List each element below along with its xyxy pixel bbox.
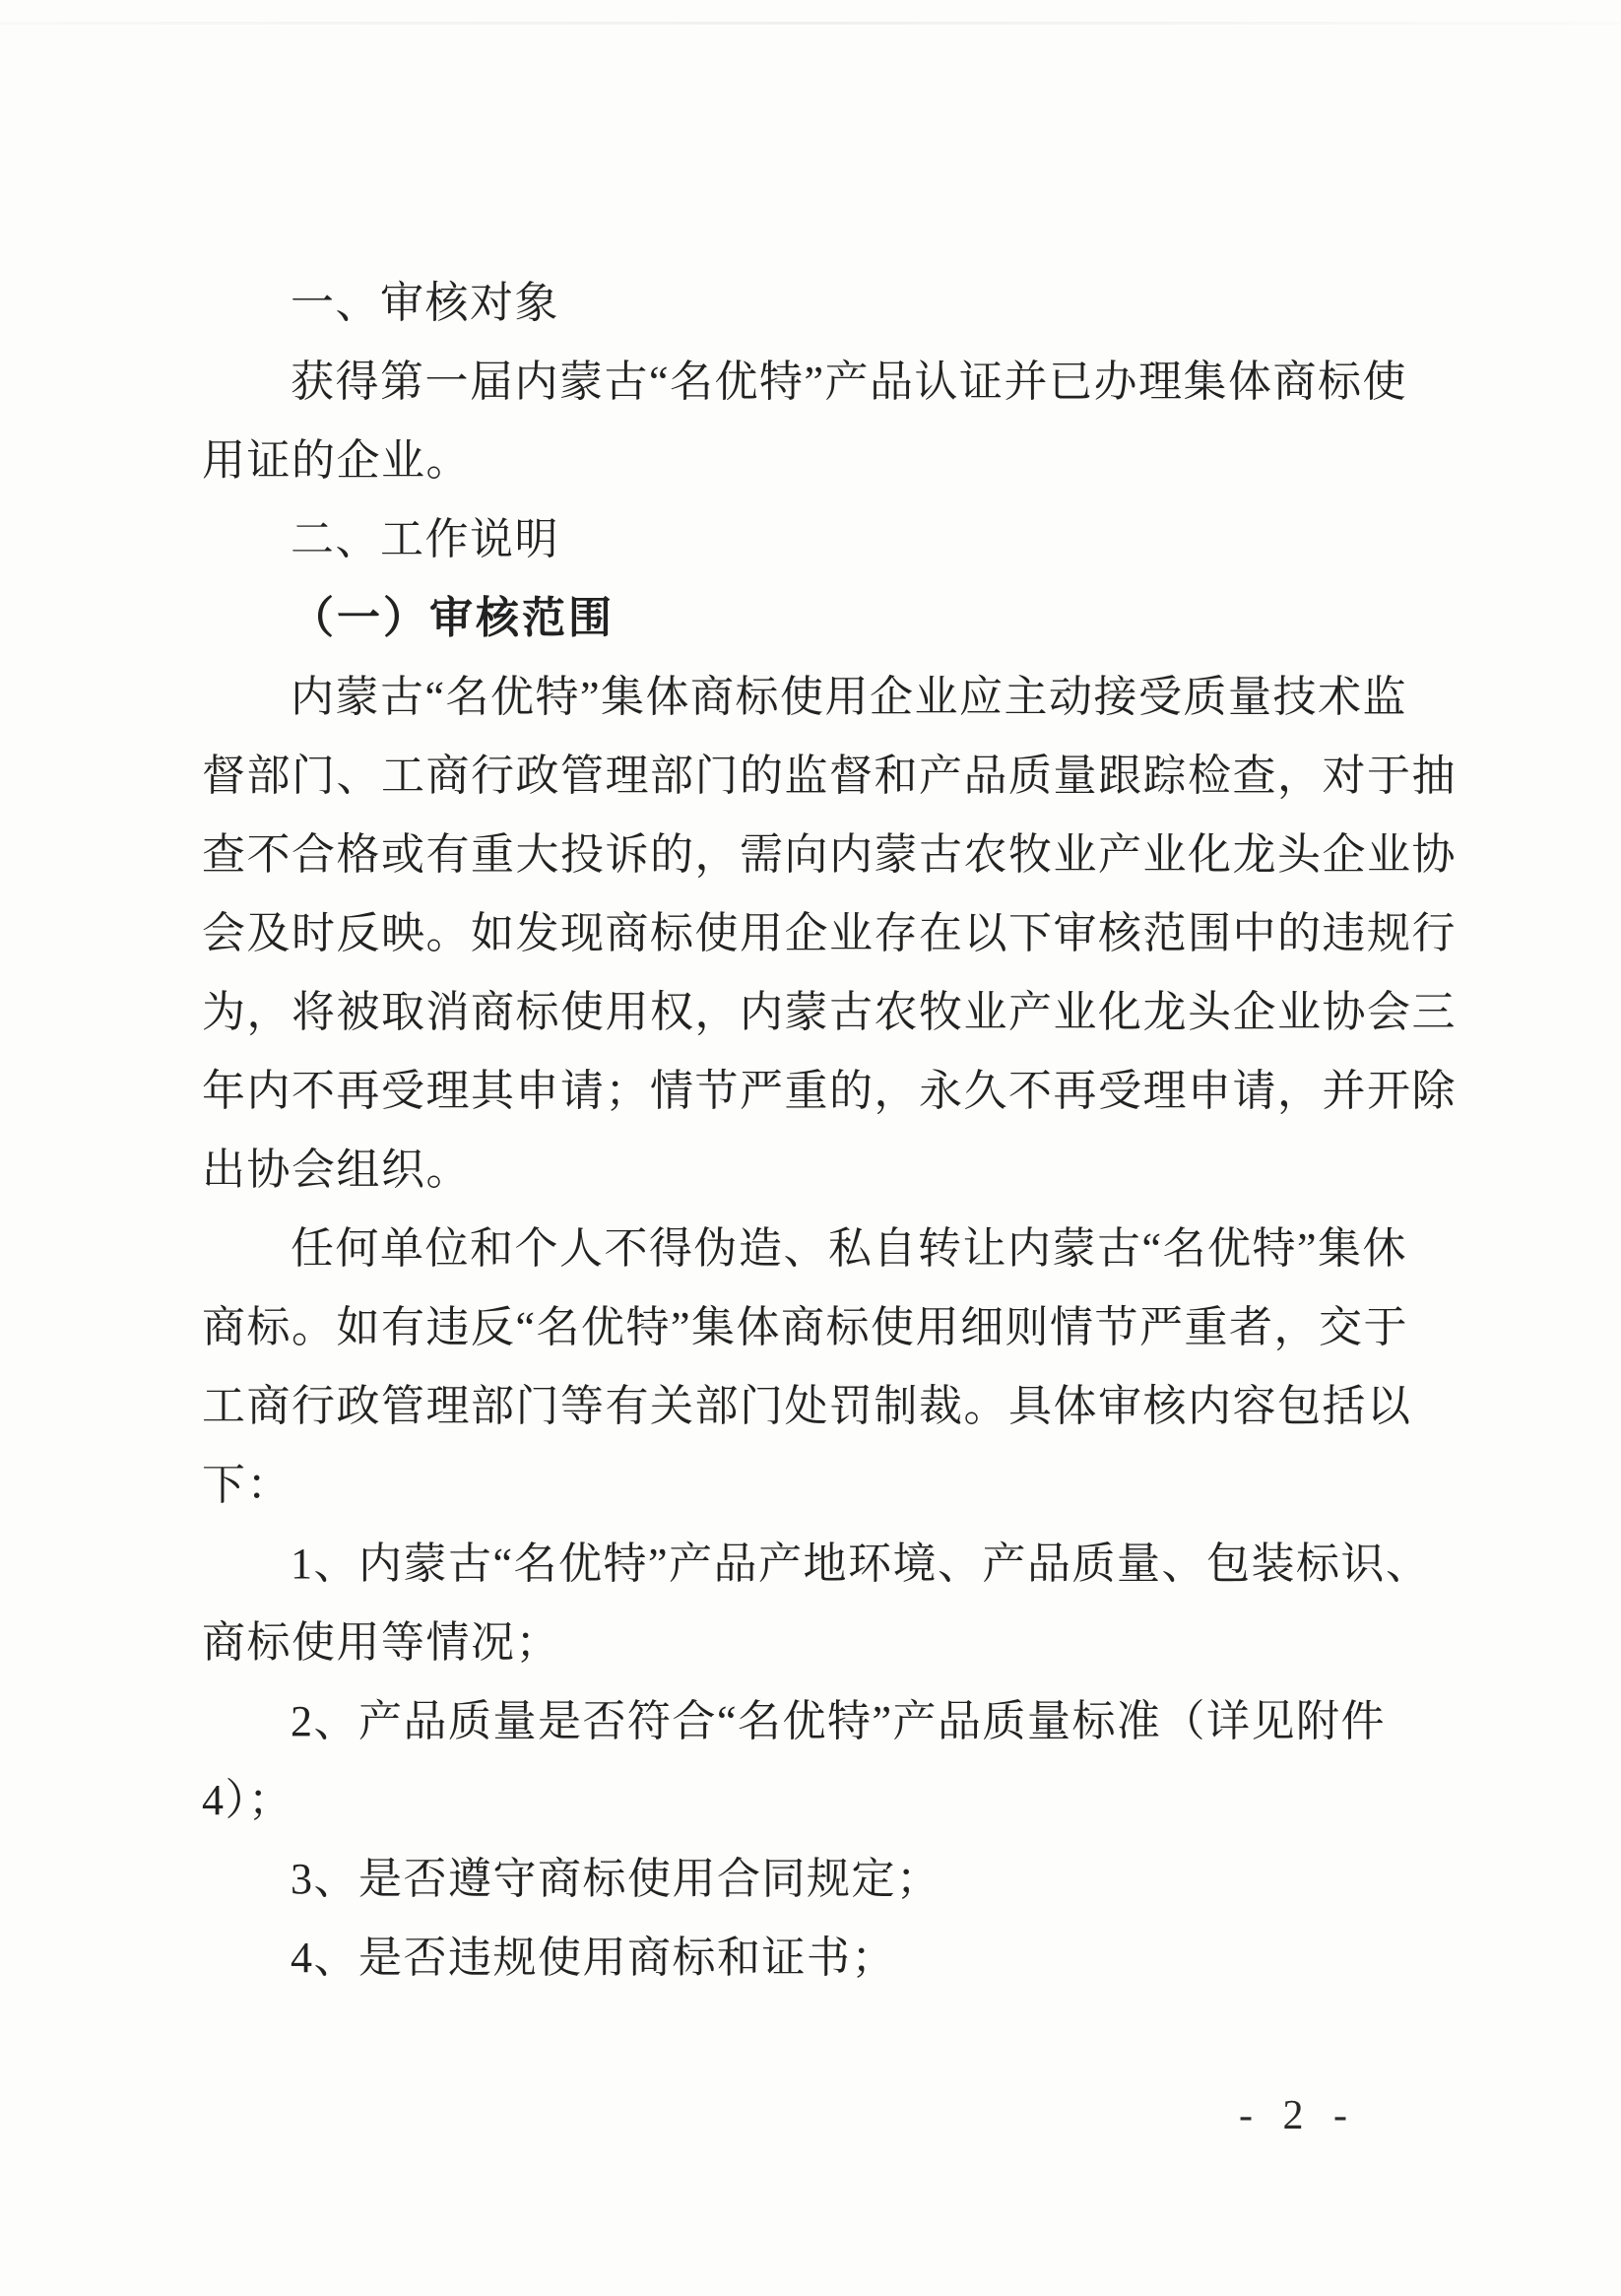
paragraph-line: 工商行政管理部门等有关部门处罚制裁。具体审核内容包括以 [202,1367,1398,1446]
paragraph-line: 任何单位和个人不得伪造、私自转让内蒙古“名优特”集休 [202,1210,1398,1288]
paragraph-line: 获得第一届内蒙古“名优特”产品认证并已办理集体商标使 [202,343,1398,422]
paragraph-line: 下： [202,1446,1398,1525]
list-item-2: 2、产品质量是否符合“名优特”产品质量标准（详见附件 [202,1682,1398,1761]
page-number: - 2 - [1239,2086,1357,2145]
document-page: 一、审核对象 获得第一届内蒙古“名优特”产品认证并已办理集体商标使 用证的企业。… [0,0,1621,2296]
paragraph-line: 4）； [202,1761,1398,1840]
paragraph-line: 出协会组织。 [202,1131,1398,1210]
paragraph-line: 查不合格或有重大投诉的，需向内蒙古农牧业产业化龙头企业协 [202,816,1398,894]
paragraph-line: 内蒙古“名优特”集体商标使用企业应主动接受质量技术监 [202,658,1398,737]
paragraph-line: 督部门、工商行政管理部门的监督和产品质量跟踪检查，对于抽 [202,737,1398,816]
list-item-1: 1、内蒙古“名优特”产品产地环境、产品质量、包装标识、 [202,1525,1398,1604]
heading-audit-scope: （一）审核范围 [202,579,1398,658]
document-text-block: 一、审核对象 获得第一届内蒙古“名优特”产品认证并已办理集体商标使 用证的企业。… [202,264,1398,1998]
scan-artifact-line [0,22,1621,25]
paragraph-line: 商标。如有违反“名优特”集体商标使用细则情节严重者，交于 [202,1288,1398,1367]
list-item-4: 4、是否违规使用商标和证书； [202,1919,1398,1998]
paragraph-line: 会及时反映。如发现商标使用企业存在以下审核范围中的违规行 [202,894,1398,973]
heading-work-description: 二、工作说明 [202,500,1398,579]
paragraph-line: 年内不再受理其申请；情节严重的，永久不再受理申请，并开除 [202,1052,1398,1131]
paragraph-line: 商标使用等情况； [202,1604,1398,1682]
list-item-3: 3、是否遵守商标使用合同规定； [202,1840,1398,1919]
heading-audit-target: 一、审核对象 [202,264,1398,343]
paragraph-line: 用证的企业。 [202,422,1398,500]
paragraph-line: 为，将被取消商标使用权，内蒙古农牧业产业化龙头企业协会三 [202,973,1398,1052]
